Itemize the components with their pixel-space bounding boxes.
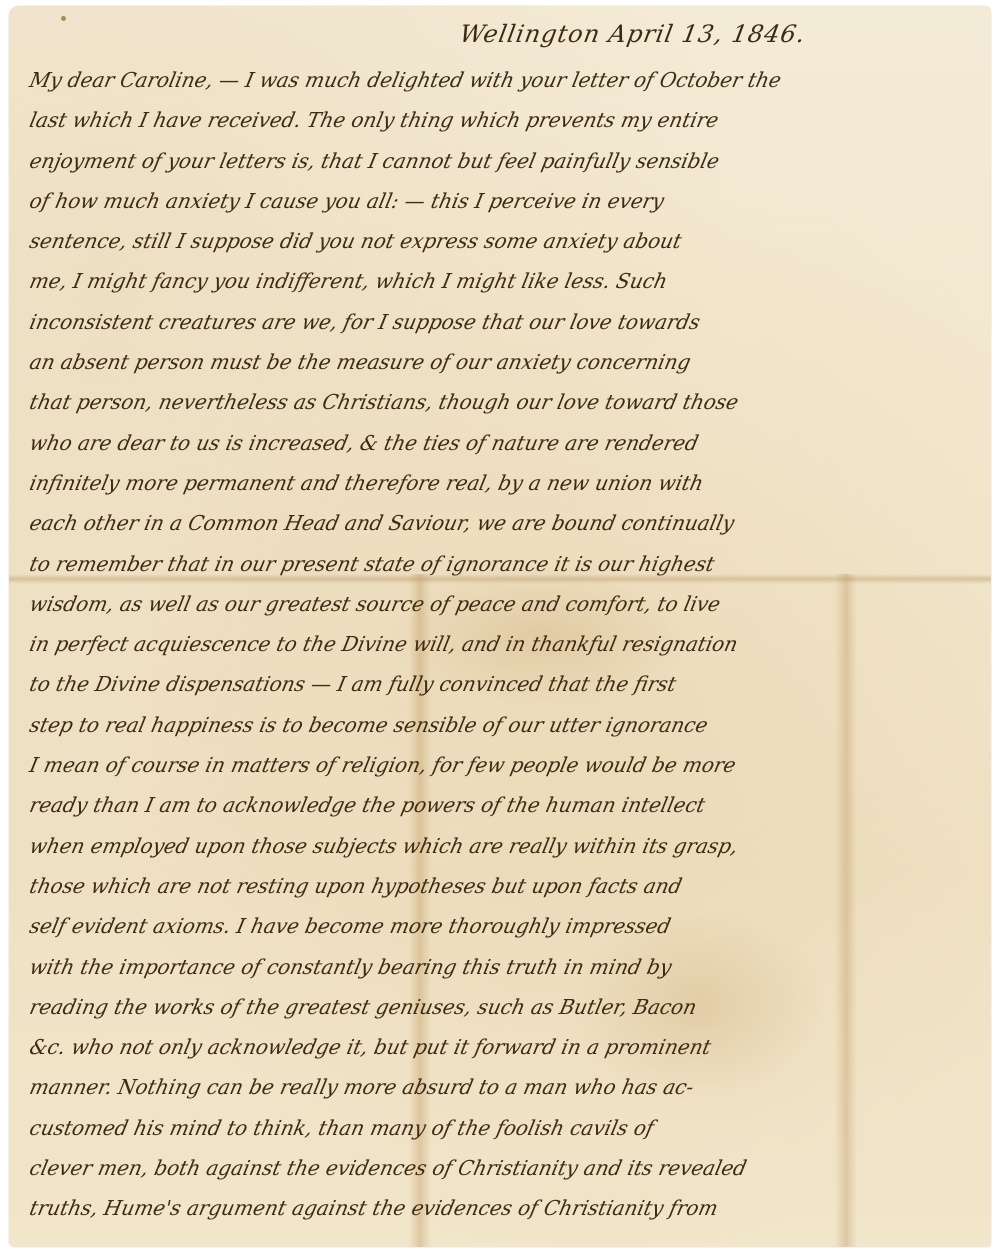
- letter-dateline: Wellington April 13, 1846.: [458, 20, 809, 48]
- handwritten-line: me, I might fancy you indifferent, which…: [26, 261, 965, 301]
- handwritten-line: reading the works of the greatest genius…: [26, 987, 965, 1027]
- handwritten-line: an absent person must be the measure of …: [26, 342, 965, 382]
- handwritten-line: sentence, still I suppose did you not ex…: [26, 221, 965, 261]
- handwritten-line: who are dear to us is increased, & the t…: [26, 423, 965, 463]
- handwritten-line: enjoyment of your letters is, that I can…: [26, 141, 965, 181]
- handwritten-line: infinitely more permanent and therefore …: [26, 463, 965, 503]
- handwritten-line: wisdom, as well as our greatest source o…: [26, 584, 965, 624]
- handwritten-line: each other in a Common Head and Saviour,…: [26, 503, 965, 543]
- handwritten-line: customed his mind to think, than many of…: [26, 1108, 965, 1148]
- handwritten-line: I mean of course in matters of religion,…: [26, 745, 965, 785]
- handwritten-line: truths, Hume's argument against the evid…: [26, 1188, 965, 1228]
- handwritten-line: of how much anxiety I cause you all: — t…: [26, 181, 965, 221]
- handwritten-line: My dear Caroline, — I was much delighted…: [26, 60, 965, 100]
- handwritten-line: in perfect acquiescence to the Divine wi…: [26, 624, 965, 664]
- handwritten-line: ready than I am to acknowledge the power…: [26, 785, 965, 825]
- handwritten-line: manner. Nothing can be really more absur…: [26, 1067, 965, 1107]
- handwritten-line: clever men, both against the evidences o…: [26, 1148, 965, 1188]
- handwritten-line: self evident axioms. I have become more …: [26, 906, 965, 946]
- handwritten-line: that person, nevertheless as Christians,…: [26, 382, 965, 422]
- handwritten-line: with the importance of constantly bearin…: [26, 947, 965, 987]
- handwritten-line: step to real happiness is to become sens…: [26, 705, 965, 745]
- handwritten-line: when employed upon those subjects which …: [26, 826, 965, 866]
- handwritten-line: &c. who not only acknowledge it, but put…: [26, 1027, 965, 1067]
- handwritten-line: to remember that in our present state of…: [26, 544, 965, 584]
- handwritten-line: to the Divine dispensations — I am fully…: [26, 664, 965, 704]
- handwritten-line: last which I have received. The only thi…: [26, 100, 965, 140]
- handwritten-line: those which are not resting upon hypothe…: [26, 866, 965, 906]
- pinhole-mark: [61, 16, 66, 21]
- handwritten-line: inconsistent creatures are we, for I sup…: [26, 302, 965, 342]
- letter-body: My dear Caroline, — I was much delighted…: [30, 60, 985, 1229]
